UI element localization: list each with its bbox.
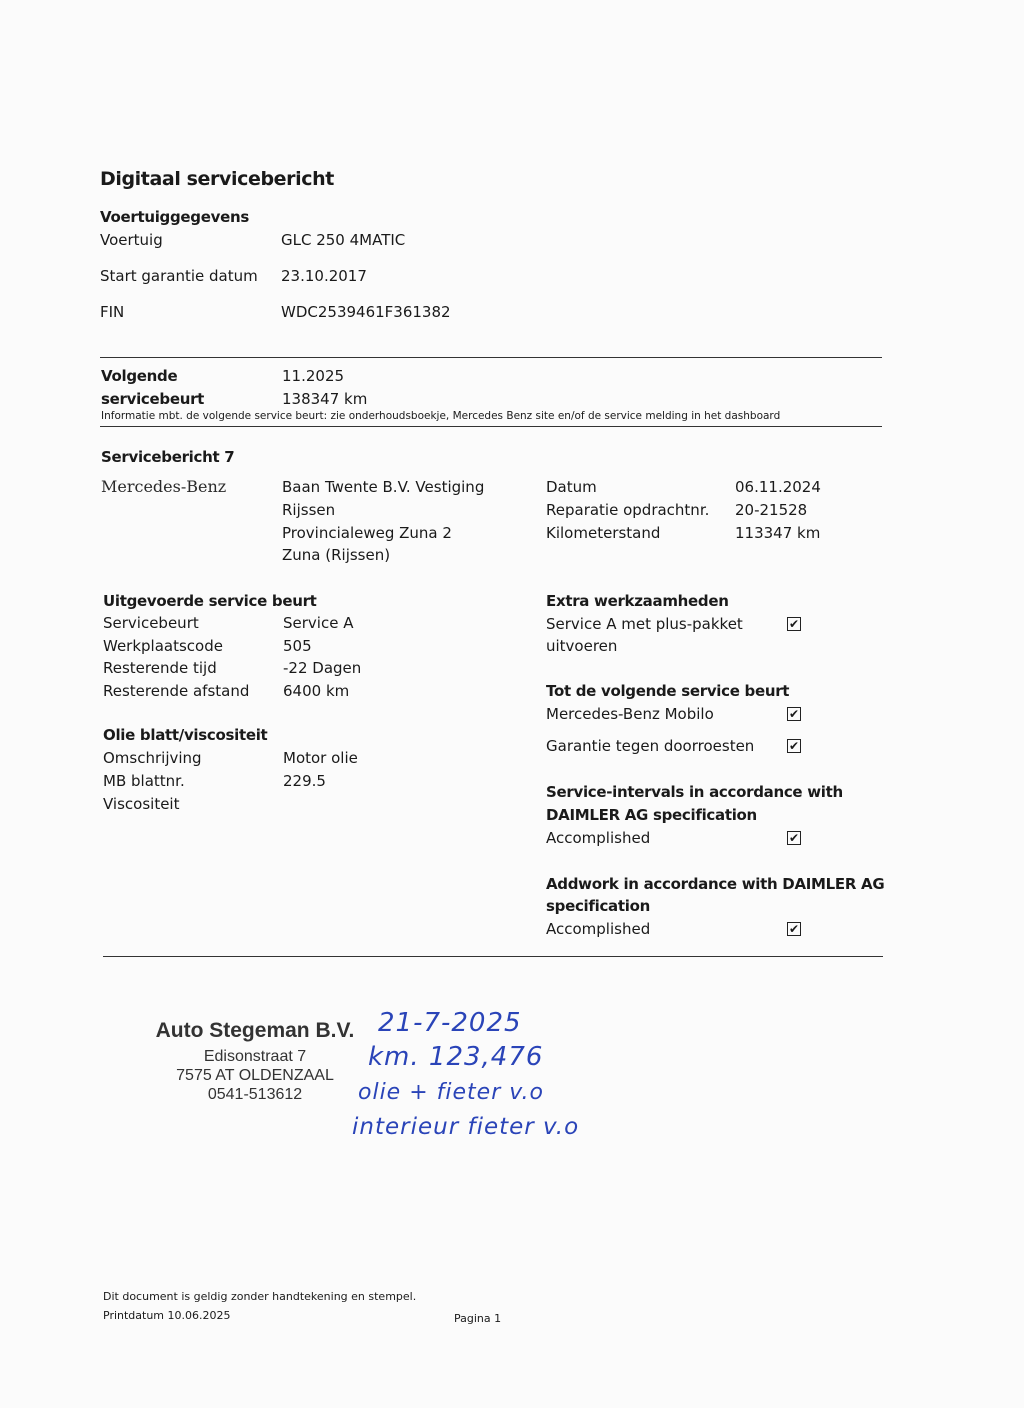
extra-work-checkbox: ✔	[787, 617, 801, 631]
stamp-phone: 0541-513612	[155, 1086, 355, 1104]
checkmark-icon: ✔	[789, 832, 799, 844]
service-type-label: Servicebeurt	[103, 614, 199, 632]
stamp-city: 7575 AT OLDENZAAL	[155, 1067, 355, 1085]
validity-note: Dit document is geldig zonder handtekeni…	[103, 1290, 416, 1303]
fin-label: FIN	[100, 303, 124, 321]
oil-description-value: Motor olie	[283, 749, 358, 767]
rust-warranty-checkbox: ✔	[787, 739, 801, 753]
divider	[100, 357, 882, 358]
warranty-start-label: Start garantie datum	[100, 267, 258, 285]
next-service-mileage: 138347 km	[282, 390, 367, 408]
remaining-distance-label: Resterende afstand	[103, 682, 249, 700]
dealer-line: Baan Twente B.V. Vestiging	[282, 478, 484, 496]
remaining-time-label: Resterende tijd	[103, 659, 217, 677]
remaining-distance-value: 6400 km	[283, 682, 349, 700]
print-date: Printdatum 10.06.2025	[103, 1309, 231, 1322]
extra-work-item-line2: uitvoeren	[546, 637, 617, 655]
date-value: 06.11.2024	[735, 478, 821, 496]
checkmark-icon: ✔	[789, 923, 799, 935]
addwork-checkbox: ✔	[787, 922, 801, 936]
service-intervals-heading-line1: Service-intervals in accordance with	[546, 783, 843, 801]
next-service-date: 11.2025	[282, 367, 344, 385]
vehicle-label: Voertuig	[100, 231, 163, 249]
until-next-heading: Tot de volgende service beurt	[546, 682, 789, 700]
checkmark-icon: ✔	[789, 618, 799, 630]
workshop-code-value: 505	[283, 637, 312, 655]
repair-order-value: 20-21528	[735, 501, 807, 519]
workshop-code-label: Werkplaatscode	[103, 637, 223, 655]
dealer-line: Rijssen	[282, 501, 335, 519]
remaining-time-value: -22 Dagen	[283, 659, 361, 677]
divider	[100, 426, 882, 427]
mb-sheet-label: MB blattnr.	[103, 772, 185, 790]
brand-name: Mercedes-Benz	[101, 477, 226, 496]
handwritten-note-interior: interieur fieter v.o	[352, 1114, 579, 1140]
fin-value: WDC2539461F361382	[281, 303, 451, 321]
vehicle-value: GLC 250 4MATIC	[281, 231, 405, 249]
handwritten-date: 21-7-2025	[378, 1008, 522, 1038]
next-service-label-line2: servicebeurt	[101, 390, 204, 408]
checkmark-icon: ✔	[789, 708, 799, 720]
handwritten-note-oil: olie + fieter v.o	[358, 1080, 544, 1105]
odometer-value: 113347 km	[735, 524, 820, 542]
stamp-company: Auto Stegeman B.V.	[155, 1019, 355, 1043]
handwritten-mileage: km. 123,476	[368, 1042, 543, 1072]
next-service-label-line1: Volgende	[101, 367, 177, 385]
stamp-street: Edisonstraat 7	[155, 1048, 355, 1066]
date-label: Datum	[546, 478, 597, 496]
odometer-label: Kilometerstand	[546, 524, 660, 542]
checkmark-icon: ✔	[789, 740, 799, 752]
extra-work-heading: Extra werkzaamheden	[546, 592, 729, 610]
mobilo-label: Mercedes-Benz Mobilo	[546, 705, 714, 723]
page-number: Pagina 1	[454, 1312, 501, 1325]
performed-service-heading: Uitgevoerde service beurt	[103, 592, 317, 610]
document-title: Digitaal servicebericht	[100, 168, 334, 190]
oil-description-label: Omschrijving	[103, 749, 202, 767]
service-intervals-checkbox: ✔	[787, 831, 801, 845]
mb-sheet-value: 229.5	[283, 772, 326, 790]
mobilo-checkbox: ✔	[787, 707, 801, 721]
oil-heading: Olie blatt/viscositeit	[103, 726, 267, 744]
addwork-heading-line1: Addwork in accordance with DAIMLER AG	[546, 875, 884, 893]
next-service-info: Informatie mbt. de volgende service beur…	[101, 410, 780, 422]
repair-order-label: Reparatie opdrachtnr.	[546, 501, 709, 519]
viscosity-label: Viscositeit	[103, 795, 179, 813]
addwork-status: Accomplished	[546, 920, 650, 938]
service-intervals-status: Accomplished	[546, 829, 650, 847]
dealer-line: Provincialeweg Zuna 2	[282, 524, 452, 542]
vehicle-section-heading: Voertuiggegevens	[100, 208, 249, 226]
service-report-heading: Servicebericht 7	[101, 448, 234, 466]
rust-warranty-label: Garantie tegen doorroesten	[546, 737, 754, 755]
warranty-start-value: 23.10.2017	[281, 267, 367, 285]
extra-work-item-line1: Service A met plus-pakket	[546, 615, 743, 633]
dealer-line: Zuna (Rijssen)	[282, 546, 390, 564]
divider	[103, 956, 883, 957]
addwork-heading-line2: specification	[546, 897, 650, 915]
service-type-value: Service A	[283, 614, 353, 632]
service-intervals-heading-line2: DAIMLER AG specification	[546, 806, 757, 824]
